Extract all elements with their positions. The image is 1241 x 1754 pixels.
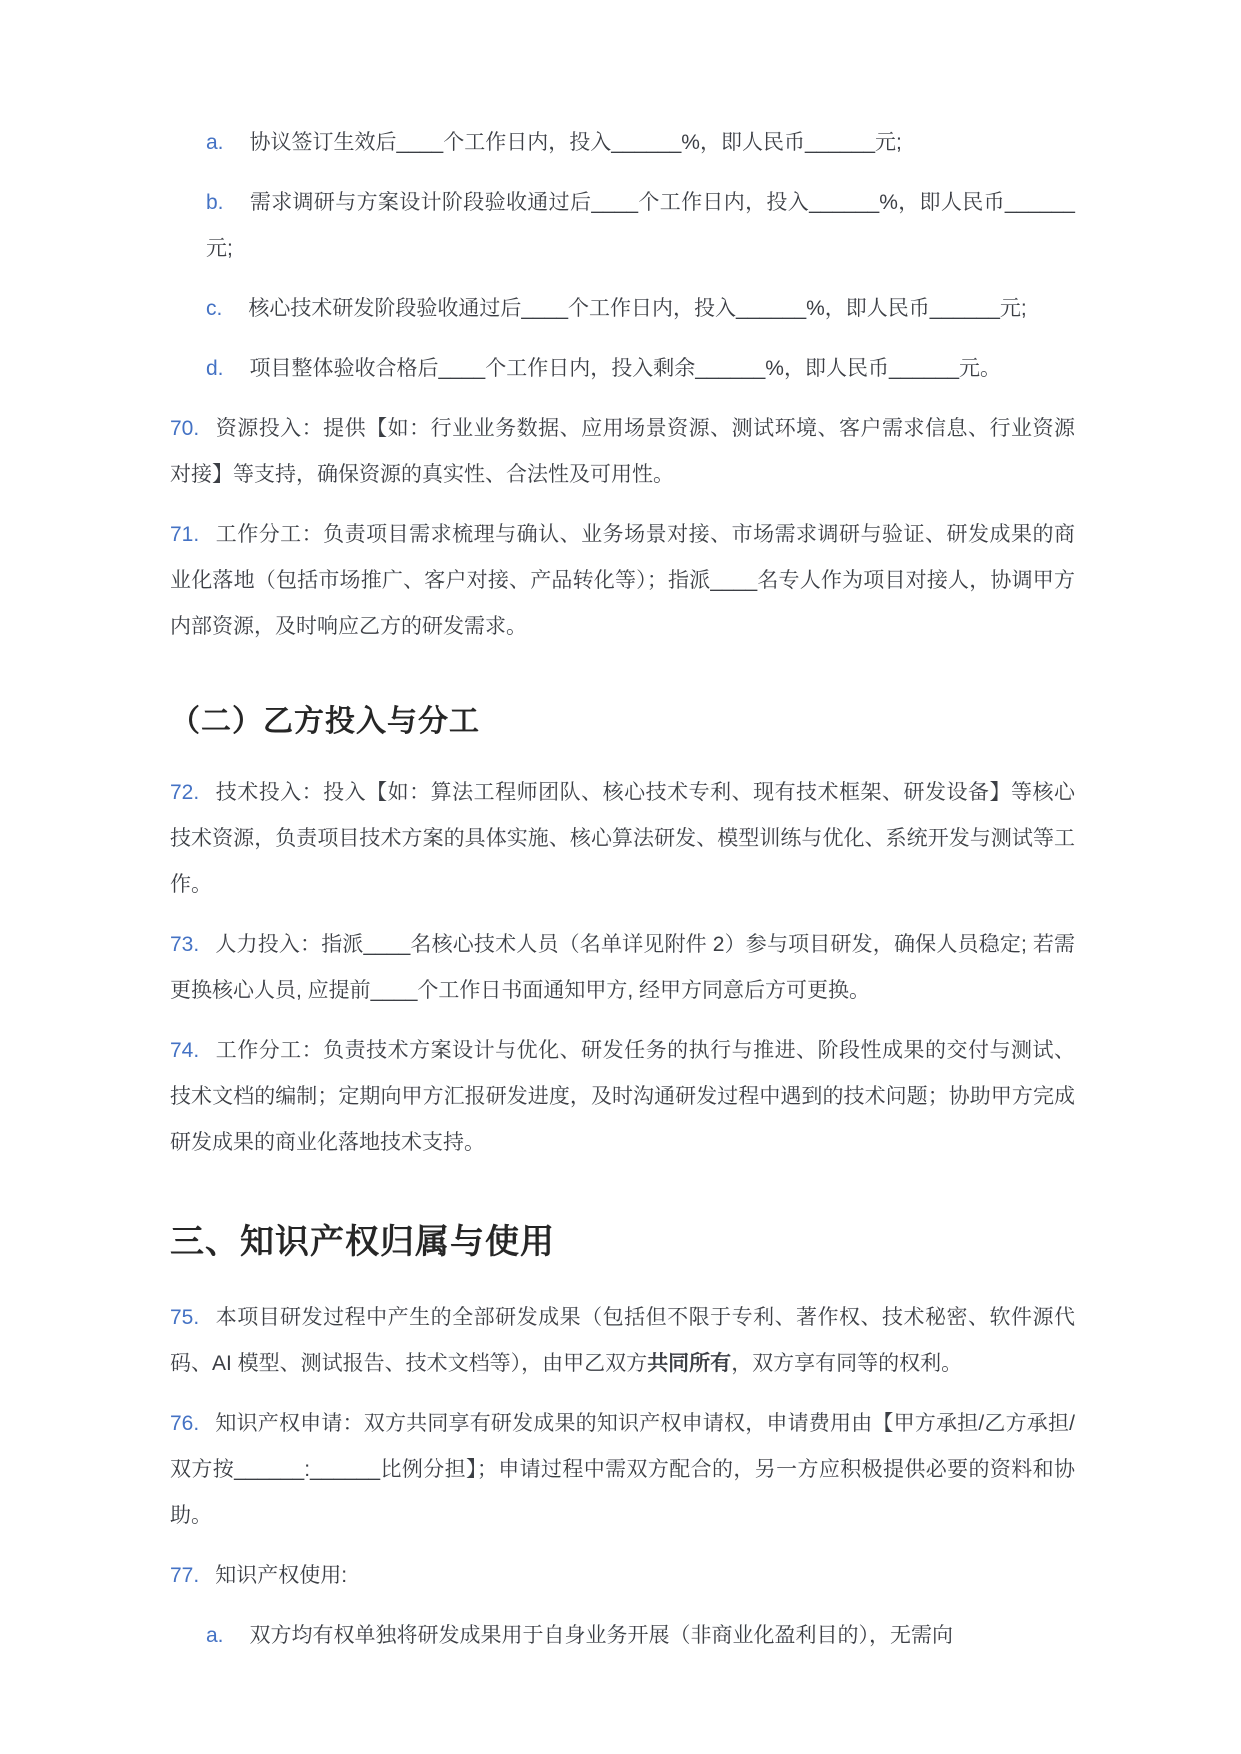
list-marker: 72. xyxy=(170,781,199,804)
clause-text-bold: 共同所有 xyxy=(647,1352,731,1375)
clause-76-ip-application: 76.知识产权申请：双方共同享有研发成果的知识产权申请权，申请费用由【甲方承担/… xyxy=(170,1401,1075,1539)
contract-document-page: a.协议签订生效后____个工作日内，投入______%，即人民币______元… xyxy=(0,0,1241,1754)
list-marker: a. xyxy=(206,131,224,154)
list-marker: 74. xyxy=(170,1039,199,1062)
clause-text: 资源投入：提供【如：行业业务数据、应用场景资源、测试环境、客户需求信息、行业资源… xyxy=(170,417,1075,486)
clause-73-manpower-input: 73.人力投入：指派____名核心技术人员（名单详见附件 2）参与项目研发，确保… xyxy=(170,922,1075,1014)
clause-text: 技术投入：投入【如：算法工程师团队、核心技术专利、现有技术框架、研发设备】等核心… xyxy=(170,781,1075,896)
list-marker: 77. xyxy=(170,1564,199,1587)
clause-text: 知识产权使用: xyxy=(215,1564,347,1587)
clause-text-post: ，双方享有同等的权利。 xyxy=(731,1352,962,1375)
list-marker: 75. xyxy=(170,1306,199,1329)
section-heading-party-b-input: （二）乙方投入与分工 xyxy=(170,696,1075,740)
list-marker: c. xyxy=(206,297,222,320)
clause-72-tech-input: 72.技术投入：投入【如：算法工程师团队、核心技术专利、现有技术框架、研发设备】… xyxy=(170,770,1075,908)
clause-74-work-division: 74.工作分工：负责技术方案设计与优化、研发任务的执行与推进、阶段性成果的交付与… xyxy=(170,1028,1075,1166)
list-marker: 73. xyxy=(170,933,199,956)
payment-schedule-item-d: d.项目整体验收合格后____个工作日内，投入剩余______%，即人民币___… xyxy=(206,346,1075,392)
ip-usage-item-a: a.双方均有权单独将研发成果用于自身业务开展（非商业化盈利目的），无需向 xyxy=(206,1613,1075,1659)
clause-77-ip-usage: 77.知识产权使用: xyxy=(170,1553,1075,1599)
clause-text: 知识产权申请：双方共同享有研发成果的知识产权申请权，申请费用由【甲方承担/乙方承… xyxy=(170,1412,1075,1527)
list-marker: d. xyxy=(206,357,224,380)
list-item-text: 协议签订生效后____个工作日内，投入______%，即人民币______元; xyxy=(250,131,902,154)
list-item-text: 核心技术研发阶段验收通过后____个工作日内，投入______%，即人民币___… xyxy=(248,297,1026,320)
payment-schedule-item-a: a.协议签订生效后____个工作日内，投入______%，即人民币______元… xyxy=(206,120,1075,166)
list-marker: a. xyxy=(206,1624,224,1647)
clause-text: 人力投入：指派____名核心技术人员（名单详见附件 2）参与项目研发，确保人员稳… xyxy=(170,933,1075,1002)
clause-text: 工作分工：负责技术方案设计与优化、研发任务的执行与推进、阶段性成果的交付与测试、… xyxy=(170,1039,1075,1154)
clause-text: 工作分工：负责项目需求梳理与确认、业务场景对接、市场需求调研与验证、研发成果的商… xyxy=(170,523,1075,638)
list-marker: 70. xyxy=(170,417,199,440)
clause-75-ip-joint-ownership: 75.本项目研发过程中产生的全部研发成果（包括但不限于专利、著作权、技术秘密、软… xyxy=(170,1295,1075,1387)
payment-schedule-item-b: b.需求调研与方案设计阶段验收通过后____个工作日内，投入______%，即人… xyxy=(206,180,1075,272)
list-marker: 71. xyxy=(170,523,199,546)
clause-text: 本项目研发过程中产生的全部研发成果（包括但不限于专利、著作权、技术秘密、软件源代… xyxy=(170,1306,1075,1375)
list-item-text: 双方均有权单独将研发成果用于自身业务开展（非商业化盈利目的），无需向 xyxy=(250,1624,954,1647)
list-marker: b. xyxy=(206,191,224,214)
clause-70-resource-input: 70.资源投入：提供【如：行业业务数据、应用场景资源、测试环境、客户需求信息、行… xyxy=(170,406,1075,498)
chapter-heading-ip-ownership: 三、知识产权归属与使用 xyxy=(170,1214,1075,1263)
list-marker: 76. xyxy=(170,1412,199,1435)
document-body: a.协议签订生效后____个工作日内，投入______%，即人民币______元… xyxy=(170,120,1075,1659)
payment-schedule-item-c: c.核心技术研发阶段验收通过后____个工作日内，投入______%，即人民币_… xyxy=(206,286,1075,332)
list-item-text: 项目整体验收合格后____个工作日内，投入剩余______%，即人民币_____… xyxy=(250,357,1002,380)
list-item-text: 需求调研与方案设计阶段验收通过后____个工作日内，投入______%，即人民币… xyxy=(206,191,1075,260)
clause-71-work-division: 71.工作分工：负责项目需求梳理与确认、业务场景对接、市场需求调研与验证、研发成… xyxy=(170,512,1075,650)
